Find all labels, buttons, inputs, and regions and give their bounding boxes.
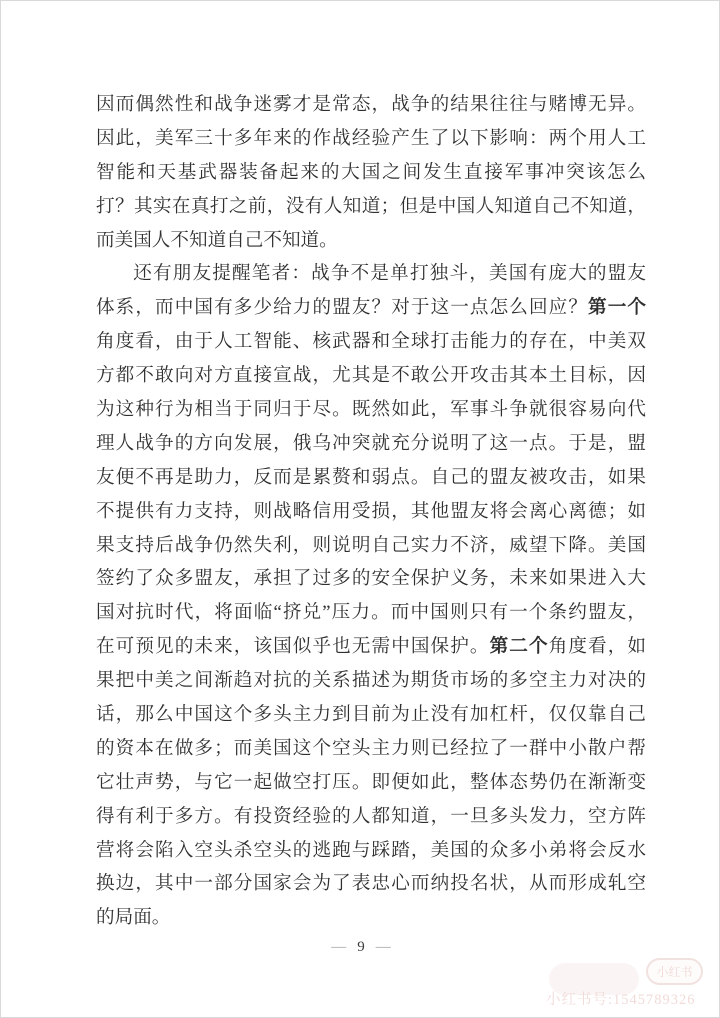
footer-dash-right: — xyxy=(376,939,391,955)
text-run: 因此，美军三十多年来的作战经验产生了以下影响：两个用人工 xyxy=(96,128,646,149)
text-run: 营将会陷入空头杀空头的逃跑与踩踏，美国的众多小弟将会反水 xyxy=(96,840,646,861)
page-number: 9 xyxy=(357,939,365,955)
text-line: 智能和天基武器装备起来的大国之间发生直接军事冲突该怎么 xyxy=(96,156,646,190)
text-line: 体系，而中国有多少给力的盟友？对于这一点怎么回应？第一个 xyxy=(96,291,646,325)
text-line: 它壮声势，与它一起做空打压。即便如此，整体态势仍在渐渐变 xyxy=(96,766,646,800)
text-line: 在可预见的未来，该国似乎也无需中国保护。第二个角度看，如 xyxy=(96,630,646,664)
text-run: 国对抗时代，将面临“挤兑”压力。而中国则只有一个条约盟友， xyxy=(96,602,646,623)
text-run: 理人战争的方向发展，俄乌冲突就充分说明了这一点。于是，盟 xyxy=(96,433,646,454)
xiaohongshu-id: 小红书号:1545789326 xyxy=(546,988,716,1009)
text-line: 营将会陷入空头杀空头的逃跑与踩踏，美国的众多小弟将会反水 xyxy=(96,834,646,868)
bold-text-run: 第二个 xyxy=(490,636,549,657)
text-line: 国对抗时代，将面临“挤兑”压力。而中国则只有一个条约盟友， xyxy=(96,596,646,630)
text-run: 打？其实在真打之前，没有人知道；但是中国人知道自己不知道， xyxy=(96,196,646,217)
body-text: 因而偶然性和战争迷雾才是常态，战争的结果往往与赌博无异。因此，美军三十多年来的作… xyxy=(96,88,646,935)
text-line: 打？其实在真打之前，没有人知道；但是中国人知道自己不知道， xyxy=(96,190,646,224)
text-run: 体系，而中国有多少给力的盟友？对于这一点怎么回应？ xyxy=(96,297,588,318)
text-run: 角度看，由于人工智能、核武器和全球打击能力的存在，中美双 xyxy=(96,331,646,352)
text-line: 的资本在做多；而美国这个空头主力则已经拉了一群中小散户帮 xyxy=(96,732,646,766)
document-page: 因而偶然性和战争迷雾才是常态，战争的结果往往与赌博无异。因此，美军三十多年来的作… xyxy=(0,0,720,1018)
text-line: 理人战争的方向发展，俄乌冲突就充分说明了这一点。于是，盟 xyxy=(96,427,646,461)
text-run: 得有利于多方。有投资经验的人都知道，一旦多头发力，空方阵 xyxy=(96,806,646,827)
text-run: 果把中美之间渐趋对抗的关系描述为期货市场的多空主力对决的 xyxy=(96,670,646,691)
text-run: 因而偶然性和战争迷雾才是常态，战争的结果往往与赌博无异。 xyxy=(96,94,646,115)
text-run: 话，那么中国这个多头主力到目前为止没有加杠杆，仅仅靠自己 xyxy=(96,704,646,725)
text-line: 果支持后战争仍然失利，则说明自己实力不济，威望下降。美国 xyxy=(96,529,646,563)
text-run: 在可预见的未来，该国似乎也无需中国保护。 xyxy=(96,636,490,657)
text-line: 方都不敢向对方直接宣战，尤其是不敢公开攻击其本土目标，因 xyxy=(96,359,646,393)
text-run: 的资本在做多；而美国这个空头主力则已经拉了一群中小散户帮 xyxy=(96,738,646,759)
xiaohongshu-badge-label: 小红书 xyxy=(656,963,692,980)
text-line: 话，那么中国这个多头主力到目前为止没有加杠杆，仅仅靠自己 xyxy=(96,698,646,732)
text-line: 签约了众多盟友，承担了过多的安全保护义务，未来如果进入大 xyxy=(96,562,646,596)
bold-text-run: 第一个 xyxy=(588,297,646,318)
text-line: 的局面。 xyxy=(96,901,646,935)
page-footer: —9— xyxy=(1,937,720,957)
text-line: 果把中美之间渐趋对抗的关系描述为期货市场的多空主力对决的 xyxy=(96,664,646,698)
text-line: 不提供有力支持，则战略信用受损，其他盟友将会离心离德；如 xyxy=(96,495,646,529)
xiaohongshu-badge: 小红书 xyxy=(646,958,703,985)
text-line: 为这种行为相当于同归于尽。既然如此，军事斗争就很容易向代 xyxy=(96,393,646,427)
text-run: 为这种行为相当于同归于尽。既然如此，军事斗争就很容易向代 xyxy=(96,399,646,420)
text-run: 的局面。 xyxy=(96,907,170,928)
text-line: 换边，其中一部分国家会为了表忠心而纳投名状，从而形成轧空 xyxy=(96,867,646,901)
text-run: 方都不敢向对方直接宣战，尤其是不敢公开攻击其本土目标，因 xyxy=(96,365,646,386)
footer-dash-left: — xyxy=(331,939,346,955)
text-run: 换边，其中一部分国家会为了表忠心而纳投名状，从而形成轧空 xyxy=(96,873,646,894)
text-run: 不提供有力支持，则战略信用受损，其他盟友将会离心离德；如 xyxy=(96,501,646,522)
text-run: 它壮声势，与它一起做空打压。即便如此，整体态势仍在渐渐变 xyxy=(96,772,646,793)
text-run: 果支持后战争仍然失利，则说明自己实力不济，威望下降。美国 xyxy=(96,535,646,556)
text-line: 而美国人不知道自己不知道。 xyxy=(96,224,646,258)
text-line: 还有朋友提醒笔者：战争不是单打独斗，美国有庞大的盟友 xyxy=(96,257,646,291)
text-run: 友便不再是助力，反而是累赘和弱点。自己的盟友被攻击，如果 xyxy=(96,467,646,488)
text-line: 因此，美军三十多年来的作战经验产生了以下影响：两个用人工 xyxy=(96,122,646,156)
text-run: 智能和天基武器装备起来的大国之间发生直接军事冲突该怎么 xyxy=(96,162,646,183)
text-line: 得有利于多方。有投资经验的人都知道，一旦多头发力，空方阵 xyxy=(96,800,646,834)
text-run: 还有朋友提醒笔者：战争不是单打独斗，美国有庞大的盟友 xyxy=(133,263,646,284)
text-line: 友便不再是助力，反而是累赘和弱点。自己的盟友被攻击，如果 xyxy=(96,461,646,495)
text-line: 角度看，由于人工智能、核武器和全球打击能力的存在，中美双 xyxy=(96,325,646,359)
text-run: 角度看，如 xyxy=(549,636,646,657)
text-run: 签约了众多盟友，承担了过多的安全保护义务，未来如果进入大 xyxy=(96,568,646,589)
text-run: 而美国人不知道自己不知道。 xyxy=(96,230,338,251)
text-line: 因而偶然性和战争迷雾才是常态，战争的结果往往与赌博无异。 xyxy=(96,88,646,122)
